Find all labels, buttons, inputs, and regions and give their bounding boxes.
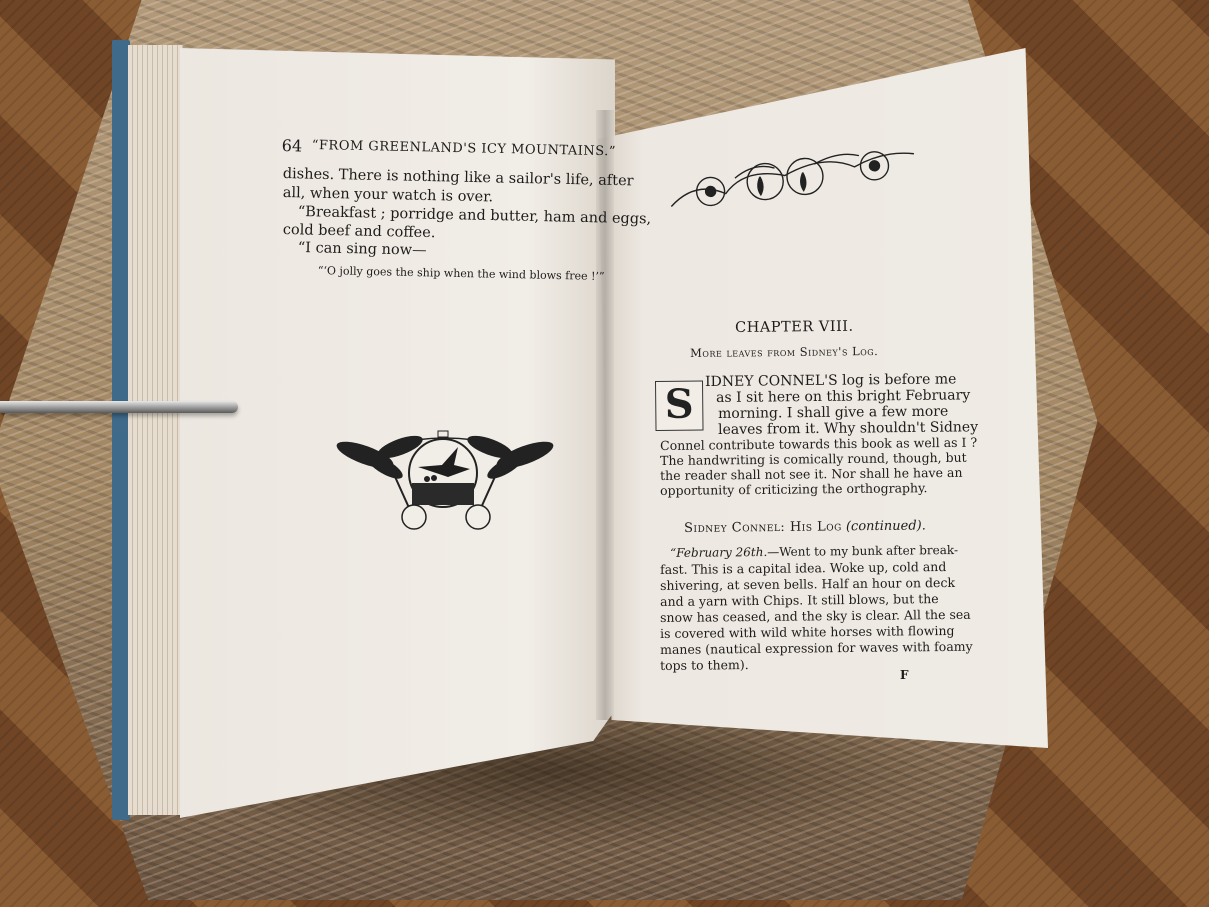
text-line: and a yarn with Chips. It still blows, b… (660, 591, 939, 609)
text-line: —Went to my bunk after break- (767, 543, 958, 559)
section-heading-note: (continued). (846, 518, 926, 534)
pointer-rod (0, 401, 238, 413)
text-line: cold beef and coffee. (283, 222, 436, 241)
text-line: opportunity of criticizing the orthograp… (660, 480, 927, 498)
text-line: is covered with wild white horses with f… (660, 623, 955, 641)
section-heading-text: Sidney Connel: His Log (684, 519, 842, 536)
book-gutter (596, 110, 614, 720)
chapter-title: CHAPTER VIII. (735, 319, 854, 336)
drop-cap: S (655, 380, 704, 430)
page-edges (128, 45, 183, 815)
signature-mark: F (900, 668, 909, 682)
page-number: 64 (282, 136, 303, 155)
section-heading: Sidney Connel: His Log (continued). (684, 518, 926, 536)
text-line: fast. This is a capital idea. Woke up, c… (660, 559, 946, 577)
text-line: “I can sing now— (298, 240, 427, 259)
chapter-subtitle: More leaves from Sidney's Log. (690, 344, 878, 360)
bird-vignette-icon (330, 425, 560, 535)
text-line: shivering, at seven bells. Half an hour … (660, 575, 955, 593)
ornamental-headpiece-icon (663, 138, 926, 217)
entry-date: “February 26th. (670, 545, 767, 560)
text-line: tops to them). (660, 657, 749, 673)
